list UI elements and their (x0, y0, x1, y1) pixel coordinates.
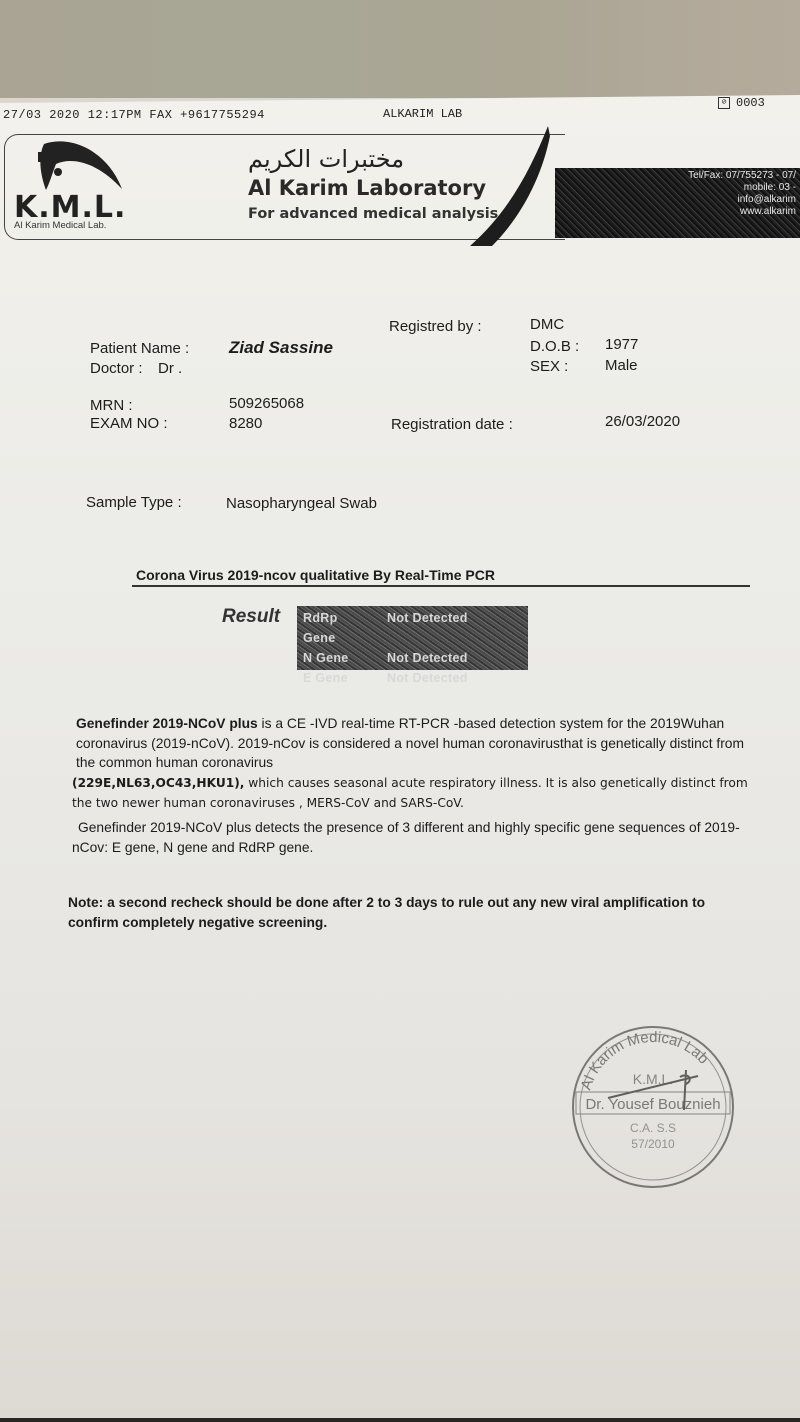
doctor-label: Doctor : (90, 360, 143, 377)
contact-email: info@alkarim (555, 194, 796, 206)
product-name: Genefinder 2019-NCoV plus (76, 716, 258, 731)
contact-mobile: mobile: 03 - (555, 182, 796, 194)
contact-info-band: Tel/Fax: 07/755273 - 07/ mobile: 03 - in… (555, 168, 800, 238)
sex-label: SEX : (530, 358, 568, 375)
result-row: E Gene Not Detected (303, 668, 522, 688)
coronavirus-strains: (229E,NL63,OC43,HKU1), (72, 776, 244, 790)
test-title: Corona Virus 2019-ncov qualitative By Re… (136, 567, 495, 583)
patient-name-value: Ziad Sassine (229, 338, 333, 358)
lab-stamp: Al Karim Medical Lab K.M.L. Dr. Yousef B… (568, 1022, 738, 1192)
dob-label: D.O.B : (530, 338, 579, 355)
registration-date-label: Registration date : (391, 416, 513, 433)
bottom-edge (0, 1418, 800, 1422)
registered-by-label: Registred by : (389, 318, 482, 335)
svg-text:57/2010: 57/2010 (631, 1137, 675, 1151)
result-label: Result (222, 606, 280, 628)
recheck-note: Note: a second recheck should be done af… (68, 893, 748, 933)
fax-page-number: ⊘ 0003 (718, 96, 765, 110)
mrn-label: MRN : (90, 397, 133, 414)
exam-no-label: EXAM NO : (90, 415, 168, 432)
description-paragraph-3: Genefinder 2019-NCoV plus detects the pr… (72, 818, 752, 857)
contact-tel: Tel/Fax: 07/755273 - 07/ (555, 170, 796, 182)
patient-name-label: Patient Name : (90, 340, 189, 357)
logo-emblem-icon (14, 134, 134, 194)
mrn-value: 509265068 (229, 395, 304, 412)
page-number-text: 0003 (736, 96, 765, 110)
test-title-underline (132, 585, 750, 587)
lab-name: Al Karim Laboratory (248, 176, 486, 200)
registered-by-value: DMC (530, 316, 564, 333)
lab-logo: K.M.L. Al Karim Medical Lab. (14, 134, 134, 234)
description-paragraph-1: Genefinder 2019-NCoV plus is a CE -IVD r… (76, 714, 756, 773)
result-gene: N Gene (303, 648, 373, 668)
svg-text:K.M.L.: K.M.L. (633, 1071, 673, 1087)
sex-value: Male (605, 357, 638, 374)
sample-type-value: Nasopharyngeal Swab (226, 495, 377, 512)
lab-name-arabic: مختبرات الكريم (248, 145, 404, 173)
dob-value: 1977 (605, 336, 638, 353)
fax-sender: ALKARIM LAB (383, 107, 462, 121)
contact-website: www.alkarim (555, 206, 796, 218)
fax-header-line: 27/03 2020 12:17PM FAX +9617755294 (3, 108, 265, 122)
fax-page-icon: ⊘ (718, 97, 730, 109)
result-gene: E Gene (303, 668, 373, 688)
result-gene: RdRp Gene (303, 608, 373, 648)
background-surface (0, 0, 800, 98)
description-paragraph-2: (229E,NL63,OC43,HKU1), which causes seas… (72, 774, 752, 813)
lab-tagline: For advanced medical analysis (248, 206, 498, 222)
svg-text:Dr. Yousef Bouznieh: Dr. Yousef Bouznieh (585, 1096, 720, 1113)
exam-no-value: 8280 (229, 415, 262, 432)
sample-type-label: Sample Type : (86, 494, 182, 511)
svg-text:C.A. S.S: C.A. S.S (630, 1121, 676, 1135)
result-row: N Gene Not Detected (303, 648, 522, 668)
logo-subtitle: Al Karim Medical Lab. (14, 220, 106, 231)
result-value: Not Detected (387, 668, 468, 688)
doctor-value: Dr . (158, 360, 182, 377)
result-value: Not Detected (387, 608, 468, 648)
result-row: RdRp Gene Not Detected (303, 608, 522, 648)
result-table: RdRp Gene Not Detected N Gene Not Detect… (297, 606, 528, 670)
result-value: Not Detected (387, 648, 468, 668)
registration-date-value: 26/03/2020 (605, 413, 680, 430)
